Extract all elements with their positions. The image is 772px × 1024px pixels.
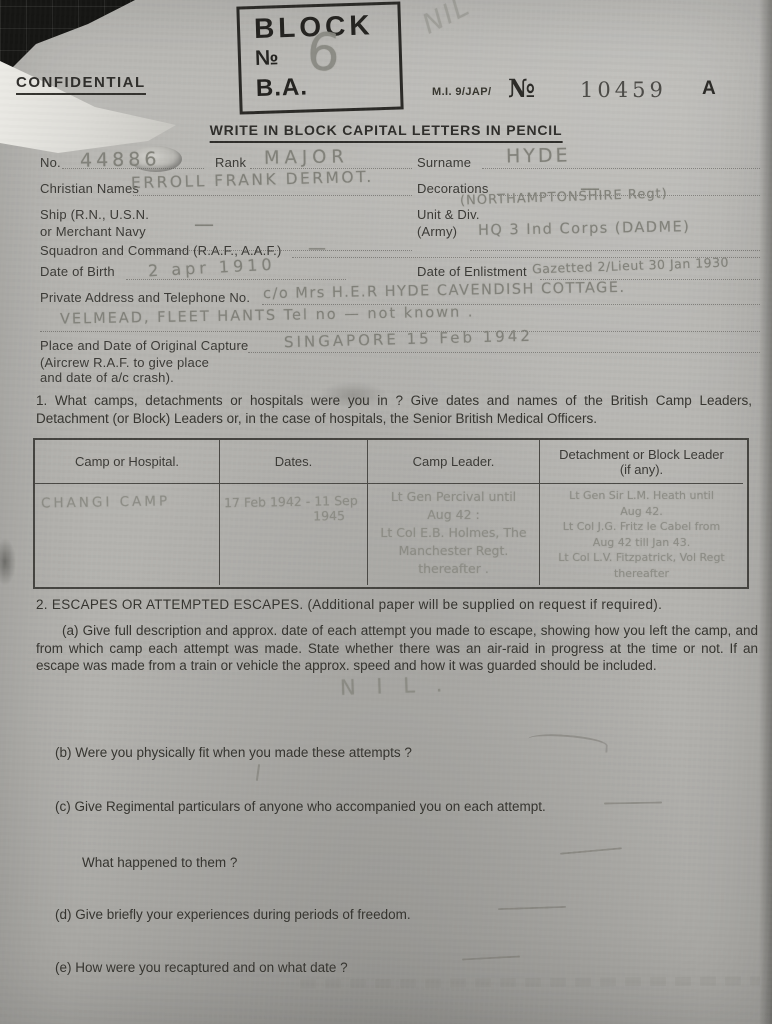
handwritten-detachment-line: Lt Col L.V. Fitzpatrick, Vol Regt bbox=[544, 550, 739, 566]
table-cell-leader: Lt Gen Percival until Aug 42 : Lt Col E.… bbox=[368, 484, 540, 585]
page-edge-shadow bbox=[759, 0, 772, 1024]
form-instruction-heading: WRITE IN BLOCK CAPITAL LETTERS IN PENCIL bbox=[210, 122, 563, 143]
field-label-ship-2: or Merchant Navy bbox=[40, 224, 146, 239]
field-value-squadron: — bbox=[308, 238, 326, 259]
field-label-surname: Surname bbox=[417, 155, 471, 170]
table-header-dates: Dates. bbox=[220, 440, 368, 484]
field-label-birth: Date of Birth bbox=[40, 264, 115, 279]
handwritten-detachment-line: Lt Gen Sir L.M. Heath until bbox=[544, 488, 739, 504]
handwritten-dates-2: 1945 bbox=[224, 508, 345, 525]
handwritten-nil-answer: N I L . bbox=[340, 672, 450, 700]
field-label-no: No. bbox=[40, 155, 61, 170]
handwritten-detachment-line: Aug 42. bbox=[544, 504, 739, 520]
table-header-detachment: Detachment or Block Leader (if any). bbox=[540, 440, 743, 484]
table-cell-detachment: Lt Gen Sir L.M. Heath until Aug 42. Lt C… bbox=[540, 484, 743, 585]
table-cell-camp: CHANGI CAMP bbox=[35, 484, 220, 585]
table-header-leader: Camp Leader. bbox=[368, 440, 540, 484]
field-value-christian-names: ERROLL FRANK DERMOT. bbox=[131, 168, 374, 192]
field-line-capture bbox=[248, 351, 760, 353]
field-label-rank: Rank bbox=[215, 155, 246, 170]
question-2c2-text: What happened to them ? bbox=[82, 854, 482, 872]
edge-smudge bbox=[0, 538, 16, 586]
question-2d-text: (d) Give briefly your experiences during… bbox=[55, 906, 705, 924]
pencil-nil-scrawl: NIL bbox=[418, 0, 476, 40]
field-label-unit-1: Unit & Div. bbox=[417, 207, 480, 222]
handwritten-leader-line: Lt Gen Percival until bbox=[372, 488, 535, 506]
field-value-unit-1: (NORTHAMPTONSHIRE Regt) bbox=[460, 186, 668, 208]
question-1-text: 1. What camps, detachments or hospitals … bbox=[36, 392, 752, 427]
field-value-rank: MAJOR bbox=[264, 146, 349, 168]
field-label-address: Private Address and Telephone No. bbox=[40, 290, 250, 305]
handwritten-detachment-line: thereafter bbox=[544, 566, 739, 582]
field-label-ship-1: Ship (R.N., U.S.N. bbox=[40, 207, 149, 222]
field-line-surname bbox=[482, 167, 760, 169]
serial-suffix: A bbox=[702, 78, 716, 100]
handwritten-leader-line: Manchester Regt. bbox=[372, 542, 535, 560]
table-header-camp: Camp or Hospital. bbox=[35, 440, 220, 484]
handwritten-leader-line: thereafter . bbox=[372, 560, 535, 578]
field-line-unit bbox=[470, 249, 760, 251]
stamp-no-symbol: № bbox=[255, 46, 279, 71]
camps-table: Camp or Hospital. Dates. Camp Leader. De… bbox=[33, 438, 749, 589]
field-value-address-2: VELMEAD, FLEET HANTS Tel no — not known … bbox=[60, 304, 475, 327]
section-2-heading: 2. ESCAPES OR ATTEMPTED ESCAPES. (Additi… bbox=[36, 597, 662, 612]
field-label-unit-2: (Army) bbox=[417, 224, 457, 239]
table-cell-dates: 17 Feb 1942 - 11 Sep 1945 bbox=[220, 484, 368, 585]
pencil-tick bbox=[256, 764, 260, 781]
torn-paper-overlay bbox=[0, 55, 190, 160]
field-value-no: 44886 bbox=[80, 148, 161, 171]
field-value-birth: 2 apr 1910 bbox=[148, 255, 276, 281]
question-2e-text: (e) How were you recaptured and on what … bbox=[55, 959, 705, 977]
handwritten-leader-line: Lt Col E.B. Holmes, The bbox=[372, 524, 535, 542]
field-label-capture-3: and date of a/c crash). bbox=[40, 370, 174, 385]
confidential-stamp: CONFIDENTIAL bbox=[16, 74, 146, 95]
serial-no-symbol: № bbox=[508, 74, 535, 103]
field-label-capture-1: Place and Date of Original Capture bbox=[40, 338, 248, 353]
handwritten-camp: CHANGI CAMP bbox=[41, 492, 215, 511]
field-label-capture-2: (Aircrew R.A.F. to give place bbox=[40, 355, 209, 370]
section-2a-text: (a) Give full description and approx. da… bbox=[36, 622, 758, 675]
field-value-surname: HYDE bbox=[506, 144, 571, 167]
field-line-christian-names bbox=[133, 194, 412, 196]
faint-pencil-scrawl bbox=[300, 976, 760, 988]
field-value-unit-2: HQ 3 Ind Corps (DADME) bbox=[478, 219, 691, 239]
field-value-address-1: c/o Mrs H.E.R HYDE CAVENDISH COTTAGE. bbox=[263, 280, 626, 302]
block-number-stamp: BLOCK № B.A. 6 bbox=[236, 1, 403, 114]
question-2c-text: (c) Give Regimental particulars of anyon… bbox=[55, 798, 705, 816]
mi9-reference-label: M.I. 9/JAP/ bbox=[432, 86, 491, 98]
handwritten-block-number: 6 bbox=[304, 22, 342, 85]
field-label-christian-names: Christian Names bbox=[40, 181, 139, 196]
field-line-enlistment bbox=[540, 278, 760, 280]
handwritten-detachment-line: Lt Col J.G. Fritz le Cabel from bbox=[544, 519, 739, 535]
scanned-pow-questionnaire-form: CONFIDENTIAL BLOCK № B.A. 6 NIL M.I. 9/J… bbox=[0, 0, 772, 1024]
field-value-ship: — bbox=[194, 212, 214, 236]
handwritten-detachment-line: Aug 42 till Jan 43. bbox=[544, 535, 739, 551]
serial-number: 10459 bbox=[580, 78, 667, 102]
pencil-mark-c2 bbox=[560, 847, 622, 854]
field-label-enlistment: Date of Enlistment bbox=[417, 264, 527, 279]
field-line-address-1 bbox=[262, 303, 760, 305]
handwritten-leader-line: Aug 42 : bbox=[372, 506, 535, 524]
stamp-line-ba: B.A. bbox=[256, 73, 309, 103]
